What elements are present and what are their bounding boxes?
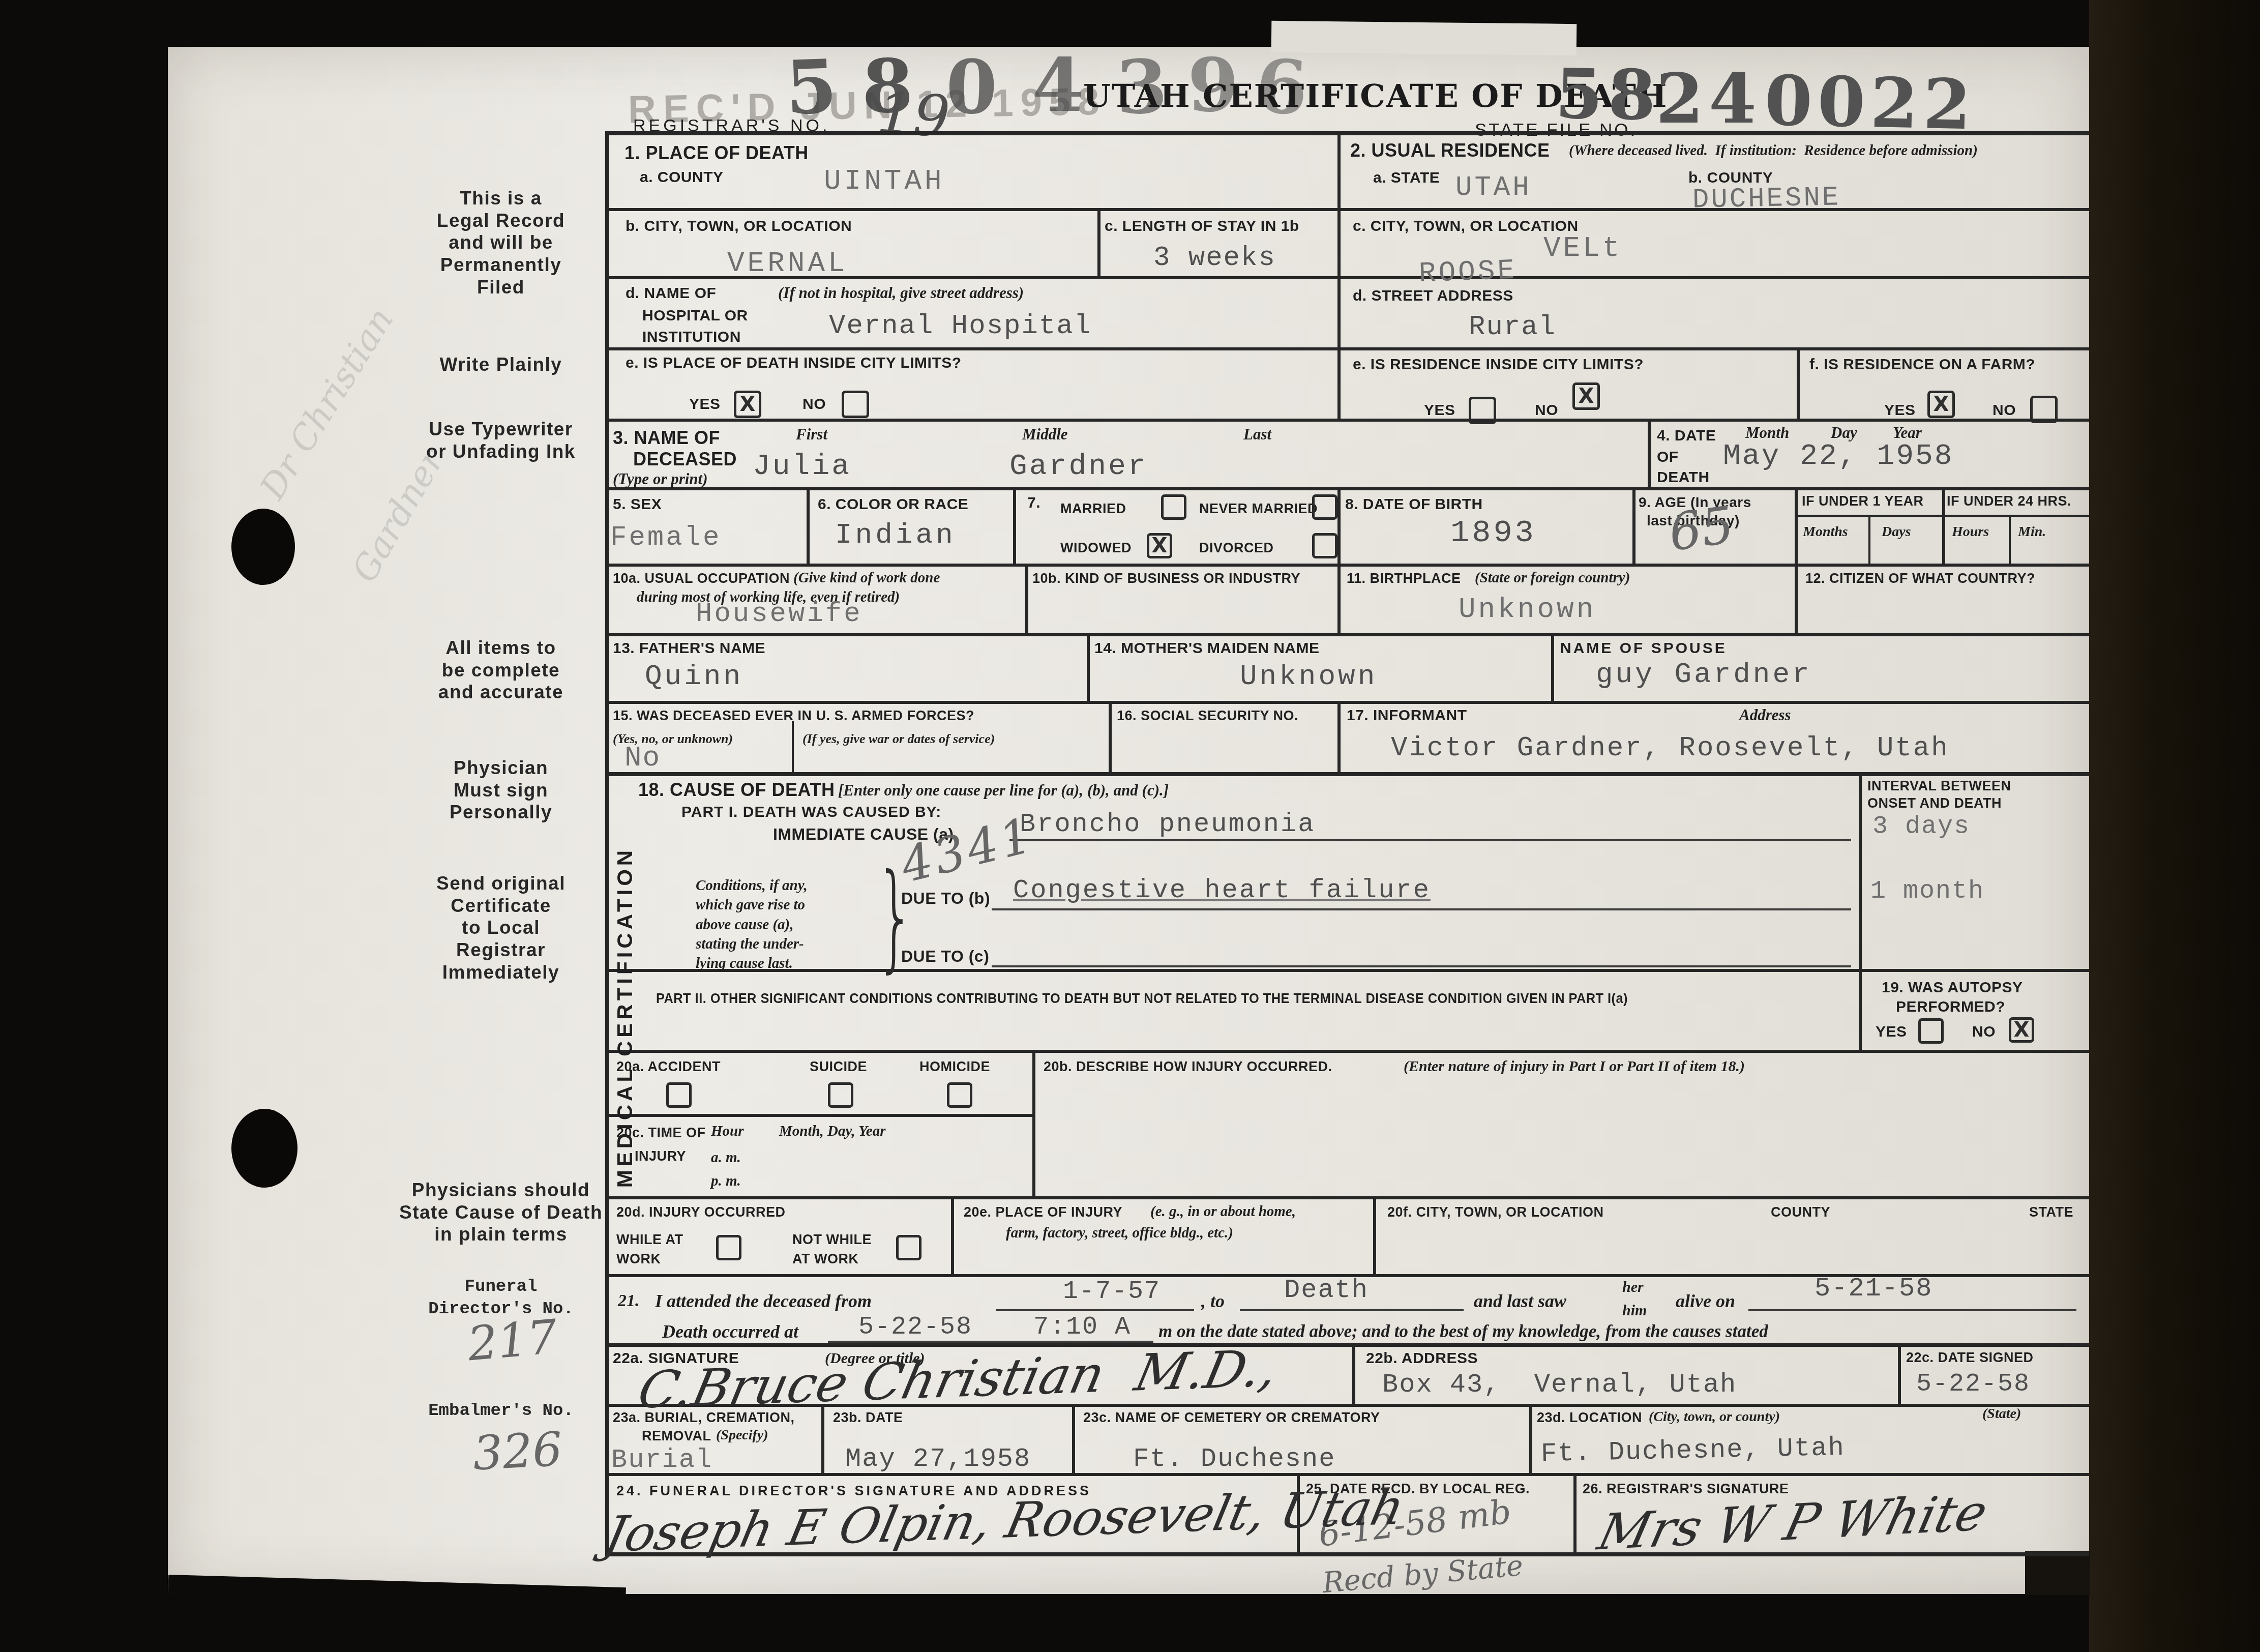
burial-value: Burial (611, 1445, 712, 1474)
checkbox-while-at-work (716, 1235, 741, 1260)
injury-occurred-label: 20d. INJURY OCCURRED (616, 1204, 786, 1220)
grid-line (605, 487, 2089, 490)
checkbox-death-city-limits-no (842, 391, 869, 418)
grid-line (1032, 1050, 1035, 1196)
due-to-b-value: Congestive heart failure (1013, 876, 1431, 905)
autopsy-label-2: PERFORMED? (1896, 998, 2005, 1016)
grid-line (1337, 131, 1341, 419)
medical-certification-vertical-label: MEDICAL CERTIFICATION (614, 773, 636, 1261)
months-label: Months (1803, 524, 1848, 540)
never-married-label: NEVER MARRIED (1199, 501, 1318, 517)
usual-residence-hint: (Where deceased lived. If institution: R… (1569, 142, 1978, 159)
hour-label: Hour (711, 1123, 744, 1140)
autopsy-yes-label: YES (1876, 1023, 1907, 1041)
grid-line (1337, 487, 1341, 633)
usual-occupation-value: Housewife (696, 599, 863, 629)
attended-to-line (1240, 1309, 1464, 1311)
date-of-birth-label: 8. DATE OF BIRTH (1345, 496, 1483, 514)
checkbox-residence-farm-yes: X (1927, 391, 1955, 418)
residence-farm-label: f. IS RESIDENCE ON A FARM? (1809, 356, 2035, 374)
checkbox-residence-city-limits-no: X (1572, 382, 1600, 410)
alive-on-label: alive on (1676, 1291, 1735, 1312)
hospital-name-label-3: INSTITUTION (642, 329, 741, 346)
torn-paper-edge (1271, 21, 1577, 55)
margin-note-plain-terms: Physicians should State Cause of Death i… (369, 1179, 633, 1246)
margin-note-send-original: Send original Certificate to Local Regis… (369, 872, 633, 983)
mothers-maiden-name-value: Unknown (1240, 661, 1377, 693)
burial-label-2: REMOVAL (642, 1428, 711, 1444)
alive-on-line (1748, 1309, 2076, 1311)
interval-a-value: 3 days (1872, 813, 1970, 841)
if-under-24-hrs-label: IF UNDER 24 HRS. (1947, 493, 2071, 509)
first-name-label: First (796, 425, 827, 444)
hours-label: Hours (1952, 524, 1989, 540)
autopsy-label-1: 19. WAS AUTOPSY (1882, 979, 2023, 997)
color-race-label: 6. COLOR OR RACE (818, 496, 968, 514)
armed-forces-label: 15. WAS DECEASED EVER IN U. S. ARMED FOR… (613, 708, 974, 724)
grid-line (1087, 633, 1090, 701)
day-label: Day (1831, 424, 1857, 442)
date-of-death-label-1: 4. DATE (1657, 427, 1716, 445)
grid-line (1632, 487, 1635, 564)
burial-location-value: Ft. Duchesne, Utah (1540, 1433, 1845, 1469)
usual-occupation-label: 10a. USUAL OCCUPATION (613, 571, 790, 586)
injury-city-label: 20f. CITY, TOWN, OR LOCATION (1387, 1204, 1604, 1220)
name-of-spouse-value: guy Gardner (1596, 659, 1812, 691)
length-of-stay-label: c. LENGTH OF STAY IN 1b (1105, 218, 1299, 235)
margin-note-legal-record: This is a Legal Record and will be Perma… (369, 187, 633, 298)
grid-line (1373, 1196, 1376, 1274)
margin-note-physician-sign: Physician Must sign Personally (369, 757, 633, 823)
business-industry-label: 10b. KIND OF BUSINESS OR INDUSTRY (1032, 571, 1300, 586)
checkbox-residence-city-limits-yes (1469, 397, 1496, 424)
grid-line (1109, 701, 1112, 772)
not-while-at-work-label-1: NOT WHILE (792, 1232, 872, 1248)
usual-residence-label: 2. USUAL RESIDENCE (1350, 140, 1550, 161)
checkbox-death-city-limits-yes: X (734, 391, 761, 418)
length-of-stay-value: 3 weeks (1153, 243, 1276, 273)
name-of-deceased-label-3: (Type or print) (613, 470, 708, 488)
grid-line (605, 131, 609, 1555)
due-to-c-label: DUE TO (c) (901, 947, 989, 966)
fathers-name-value: Quinn (645, 661, 743, 693)
cause-b-line (992, 908, 1851, 910)
checkbox-divorced (1312, 533, 1337, 558)
grid-line (1573, 1473, 1577, 1552)
date-signed-label: 22c. DATE SIGNED (1906, 1350, 2034, 1366)
checkbox-not-while-at-work (896, 1235, 921, 1260)
days-label: Days (1882, 524, 1911, 540)
burial-label-1: 23a. BURIAL, CREMATION, (613, 1410, 795, 1426)
checkbox-residence-farm-no (2030, 396, 2058, 423)
describe-injury-label: 20b. DESCRIBE HOW INJURY OCCURRED. (1044, 1059, 1332, 1075)
death-city-limits-no-label: NO (802, 396, 826, 414)
if-under-1-year-label: IF UNDER 1 YEAR (1802, 493, 1924, 509)
middle-name-label: Middle (1022, 425, 1068, 444)
hospital-name-label-1: d. NAME OF (626, 285, 716, 303)
part-ii-label: PART II. OTHER SIGNIFICANT CONDITIONS CO… (656, 991, 1628, 1007)
checkbox-never-married (1312, 494, 1337, 520)
am-label: a. m. (711, 1149, 741, 1166)
grid-line (605, 772, 2089, 776)
death-city-limits-yes-label: YES (689, 396, 721, 414)
death-city-limits-label: e. IS PLACE OF DEATH INSIDE CITY LIMITS? (626, 355, 962, 372)
attended-to-value: Death (1284, 1276, 1369, 1305)
accident-label: 20a. ACCIDENT (616, 1059, 721, 1075)
grid-line (605, 1050, 2089, 1053)
grid-line (1795, 515, 2089, 517)
grid-line (1942, 487, 1945, 564)
widowed-label: WIDOWED (1060, 540, 1132, 556)
last-alive-value: 5-21-58 (1815, 1274, 1932, 1303)
last-name-label: Last (1243, 425, 1271, 444)
residence-city-value-1: ROOSE (1418, 255, 1518, 290)
grid-line (605, 1196, 2089, 1199)
embalmer-no-value: 326 (472, 1426, 563, 1477)
checkbox-married (1161, 494, 1186, 520)
interval-b-value: 1 month (1870, 877, 1984, 905)
grid-line (1025, 564, 1028, 633)
checkbox-homicide (947, 1082, 972, 1108)
first-name-value: Julia (753, 451, 851, 483)
year-label: Year (1893, 424, 1922, 442)
scan-dark-edge (2089, 0, 2260, 1652)
grid-line (951, 1196, 954, 1274)
residence-state-value: UTAH (1455, 173, 1532, 203)
grid-line (2009, 515, 2011, 564)
date-of-death-label-2: OF (1657, 449, 1679, 466)
registrar-signature-label: 26. REGISTRAR'S SIGNATURE (1583, 1481, 1789, 1497)
date-of-death-value: May 22, 1958 (1723, 440, 1954, 473)
attended-to-label: , to (1201, 1291, 1225, 1312)
serial-stamp-digit: 5 (785, 50, 839, 125)
min-label: Min. (2018, 524, 2046, 540)
funeral-director-no-value: 217 (466, 1314, 559, 1368)
time-of-injury-label-1: 20c. TIME OF (616, 1125, 706, 1141)
sex-value: Female (610, 523, 721, 553)
suicide-label: SUICIDE (810, 1059, 867, 1075)
date-signed-value: 5-22-58 (1916, 1370, 2030, 1398)
last-name-value: Gardner (1009, 451, 1148, 483)
death-occurred-post-text: m on the date stated above; and to the b… (1158, 1321, 1768, 1342)
grid-line (605, 1114, 1035, 1117)
county-value: UINTAH (824, 166, 945, 197)
margin-note-complete: All items to be complete and accurate (369, 637, 633, 703)
grid-line (792, 721, 794, 772)
hospital-name-label-2: HOSPITAL OR (642, 307, 748, 325)
divorced-label: DIVORCED (1199, 540, 1274, 556)
homicide-label: HOMICIDE (919, 1059, 990, 1075)
grid-line (1898, 1343, 1901, 1404)
date-of-birth-value: 1893 (1450, 516, 1536, 550)
place-of-injury-hint-2: farm, factory, street, office bldg., etc… (1006, 1225, 1233, 1242)
state-file-no-group3: 0022 (1764, 66, 1977, 139)
social-security-label: 16. SOCIAL SECURITY NO. (1117, 708, 1298, 724)
married-label: MARRIED (1060, 501, 1126, 517)
grid-line (605, 633, 2089, 636)
grid-line (1797, 347, 1800, 419)
not-while-at-work-label-2: AT WORK (792, 1251, 858, 1267)
serial-stamp-digit: 0 (945, 50, 998, 125)
birthplace-value: Unknown (1459, 594, 1596, 626)
name-of-deceased-label-2: DECEASED (633, 449, 737, 469)
state-file-no-group2: 24 (1656, 64, 1762, 133)
checkbox-accident (666, 1082, 692, 1108)
margin-note-write-plainly: Write Plainly (369, 353, 633, 376)
burial-date-value: May 27,1958 (845, 1444, 1031, 1473)
grid-line (605, 208, 2089, 211)
name-of-spouse-label: NAME OF SPOUSE (1560, 640, 1727, 658)
death-occurred-line (828, 1341, 1153, 1343)
physician-address-value: Box 43, Vernal, Utah (1382, 1370, 1737, 1399)
grid-line (1013, 487, 1016, 564)
time-of-injury-label-2: INJURY (635, 1148, 686, 1164)
citizen-country-label: 12. CITIZEN OF WHAT COUNTRY? (1805, 571, 2035, 586)
residence-city-limits-no-label: NO (1535, 402, 1558, 420)
grid-line (605, 1343, 2089, 1347)
grid-line (605, 347, 2089, 350)
burial-location-label: 23d. LOCATION (1537, 1410, 1642, 1426)
grid-line (1795, 487, 1798, 633)
burial-label-specify: (Specify) (716, 1427, 768, 1443)
margin-note-typewriter: Use Typewriter or Unfading Ink (369, 418, 633, 462)
grid-line (1337, 701, 1341, 772)
month-label: Month (1745, 424, 1789, 442)
interval-label-2: ONSET AND DEATH (1867, 795, 2002, 811)
grid-line (1868, 515, 1870, 564)
date-of-death-label-3: DEATH (1657, 469, 1710, 487)
death-occurred-time: 7:10 A (1033, 1313, 1131, 1341)
grid-line (605, 564, 2089, 567)
grid-line (1097, 208, 1101, 276)
county-label: a. COUNTY (640, 169, 724, 187)
residence-county-value: DUCHESNE (1692, 183, 1841, 215)
grid-line (1352, 1343, 1355, 1404)
punch-hole-top (231, 509, 295, 585)
fathers-name-label: 13. FATHER'S NAME (613, 640, 765, 658)
checkbox-autopsy-no: X (2009, 1017, 2034, 1043)
serial-stamp-digit: 4 (1032, 49, 1084, 123)
attended-pre-text: I attended the deceased from (655, 1291, 872, 1312)
registrar-no-value: 19 (875, 84, 951, 146)
attended-from-line (996, 1309, 1194, 1311)
marital-status-number: 7. (1027, 494, 1040, 512)
residence-farm-no-label: NO (1993, 402, 2016, 420)
usual-occupation-hint-1: (Give kind of work done (793, 570, 940, 586)
cemetery-value: Ft. Duchesne (1133, 1444, 1335, 1473)
describe-injury-hint: (Enter nature of injury in Part I or Par… (1404, 1058, 1745, 1076)
burial-date-label: 23b. DATE (833, 1410, 903, 1426)
street-address-value: Rural (1469, 312, 1556, 342)
sex-label: 5. SEX (613, 496, 662, 514)
injury-county-label: COUNTY (1771, 1204, 1830, 1220)
residence-state-label: a. STATE (1373, 169, 1440, 187)
embalmer-no-label: Embalmer's No. (369, 1400, 633, 1422)
her-label: her (1622, 1279, 1644, 1296)
due-to-b-label: DUE TO (b) (901, 889, 990, 908)
age-value: 65 (1666, 499, 1737, 559)
mothers-maiden-name-label: 14. MOTHER'S MAIDEN NAME (1094, 640, 1320, 658)
city-town-value: VERNAL (727, 248, 848, 280)
punch-hole-bottom (231, 1109, 298, 1188)
hospital-name-value: Vernal Hospital (829, 311, 1091, 341)
grid-line (1529, 1404, 1532, 1473)
place-of-injury-hint-1: (e. g., in or about home, (1150, 1203, 1296, 1220)
while-at-work-label-2: WORK (616, 1251, 661, 1267)
while-at-work-label-1: WHILE AT (616, 1232, 683, 1248)
death-occurred-date: 5-22-58 (858, 1313, 972, 1341)
conditions-hint: Conditions, if any, which gave rise to a… (696, 876, 808, 973)
informant-value: Victor Gardner, Roosevelt, Utah (1391, 733, 1949, 763)
him-label: him (1622, 1302, 1647, 1320)
physician-address-label: 22b. ADDRESS (1366, 1350, 1478, 1368)
death-occurred-label: Death occurred at (662, 1321, 798, 1342)
birthplace-label: 11. BIRTHPLACE (1347, 571, 1461, 586)
checkbox-autopsy-yes (1918, 1018, 1944, 1044)
grid-line (1551, 633, 1554, 701)
armed-forces-hint-2: (If yes, give war or dates of service) (802, 731, 995, 747)
birthplace-hint: (State or foreign country) (1475, 570, 1630, 586)
interval-label-1: INTERVAL BETWEEN (1867, 778, 2011, 794)
grid-line (1859, 772, 1862, 1050)
last-saw-label: and last saw (1474, 1291, 1566, 1312)
informant-address-label: Address (1739, 706, 1791, 724)
place-of-injury-label: 20e. PLACE OF INJURY (964, 1204, 1122, 1220)
attended-from-value: 1-7-57 (1063, 1278, 1161, 1306)
city-town-label: b. CITY, TOWN, OR LOCATION (626, 218, 852, 235)
street-address-label: d. STREET ADDRESS (1353, 287, 1513, 305)
grid-line (605, 419, 2089, 422)
grid-line (605, 1473, 2089, 1476)
residence-city-limits-yes-label: YES (1424, 402, 1455, 420)
color-race-value: Indian (835, 520, 956, 551)
armed-forces-value: No (625, 743, 661, 774)
part-i-label: PART I. DEATH WAS CAUSED BY: (681, 804, 941, 821)
pm-label: p. m. (711, 1173, 741, 1190)
immediate-cause-value: Broncho pneumonia (1020, 810, 1316, 839)
injury-state-label: STATE (2029, 1204, 2073, 1220)
informant-label: 17. INFORMANT (1347, 707, 1467, 725)
cause-of-death-bracket-hint: [Enter only one cause per line for (a), … (838, 781, 1169, 800)
grid-line (1648, 419, 1651, 487)
attended-number: 21. (618, 1291, 640, 1311)
residence-city-value-2: VELt (1543, 233, 1622, 264)
name-of-deceased-label-1: 3. NAME OF (613, 427, 720, 448)
checkbox-widowed: X (1147, 533, 1172, 558)
cause-of-death-label: 18. CAUSE OF DEATH (638, 779, 835, 800)
autopsy-no-label: NO (1972, 1023, 1996, 1041)
grid-line (605, 131, 2089, 135)
state-file-no-group1: 58 (1555, 59, 1661, 130)
grid-line (605, 701, 2089, 704)
grid-line (1072, 1404, 1075, 1473)
cause-a-line (1009, 839, 1851, 841)
cause-c-line (992, 965, 1851, 967)
month-day-year-label: Month, Day, Year (779, 1123, 885, 1140)
burial-location-state-label: (State) (1982, 1406, 2021, 1422)
cemetery-label: 23c. NAME OF CEMETERY OR CREMATORY (1083, 1410, 1380, 1426)
residence-farm-yes-label: YES (1884, 402, 1916, 420)
grid-line (605, 969, 2089, 972)
grid-line (821, 1404, 824, 1473)
burial-location-hint: (City, town, or county) (1649, 1409, 1780, 1425)
scan-shadow-blob (2025, 1551, 2090, 1595)
hospital-name-hint: (If not in hospital, give street address… (778, 284, 1024, 302)
place-of-death-label: 1. PLACE OF DEATH (625, 142, 809, 163)
residence-city-limits-label: e. IS RESIDENCE INSIDE CITY LIMITS? (1353, 356, 1644, 374)
grid-line (807, 487, 810, 564)
checkbox-suicide (828, 1082, 853, 1108)
